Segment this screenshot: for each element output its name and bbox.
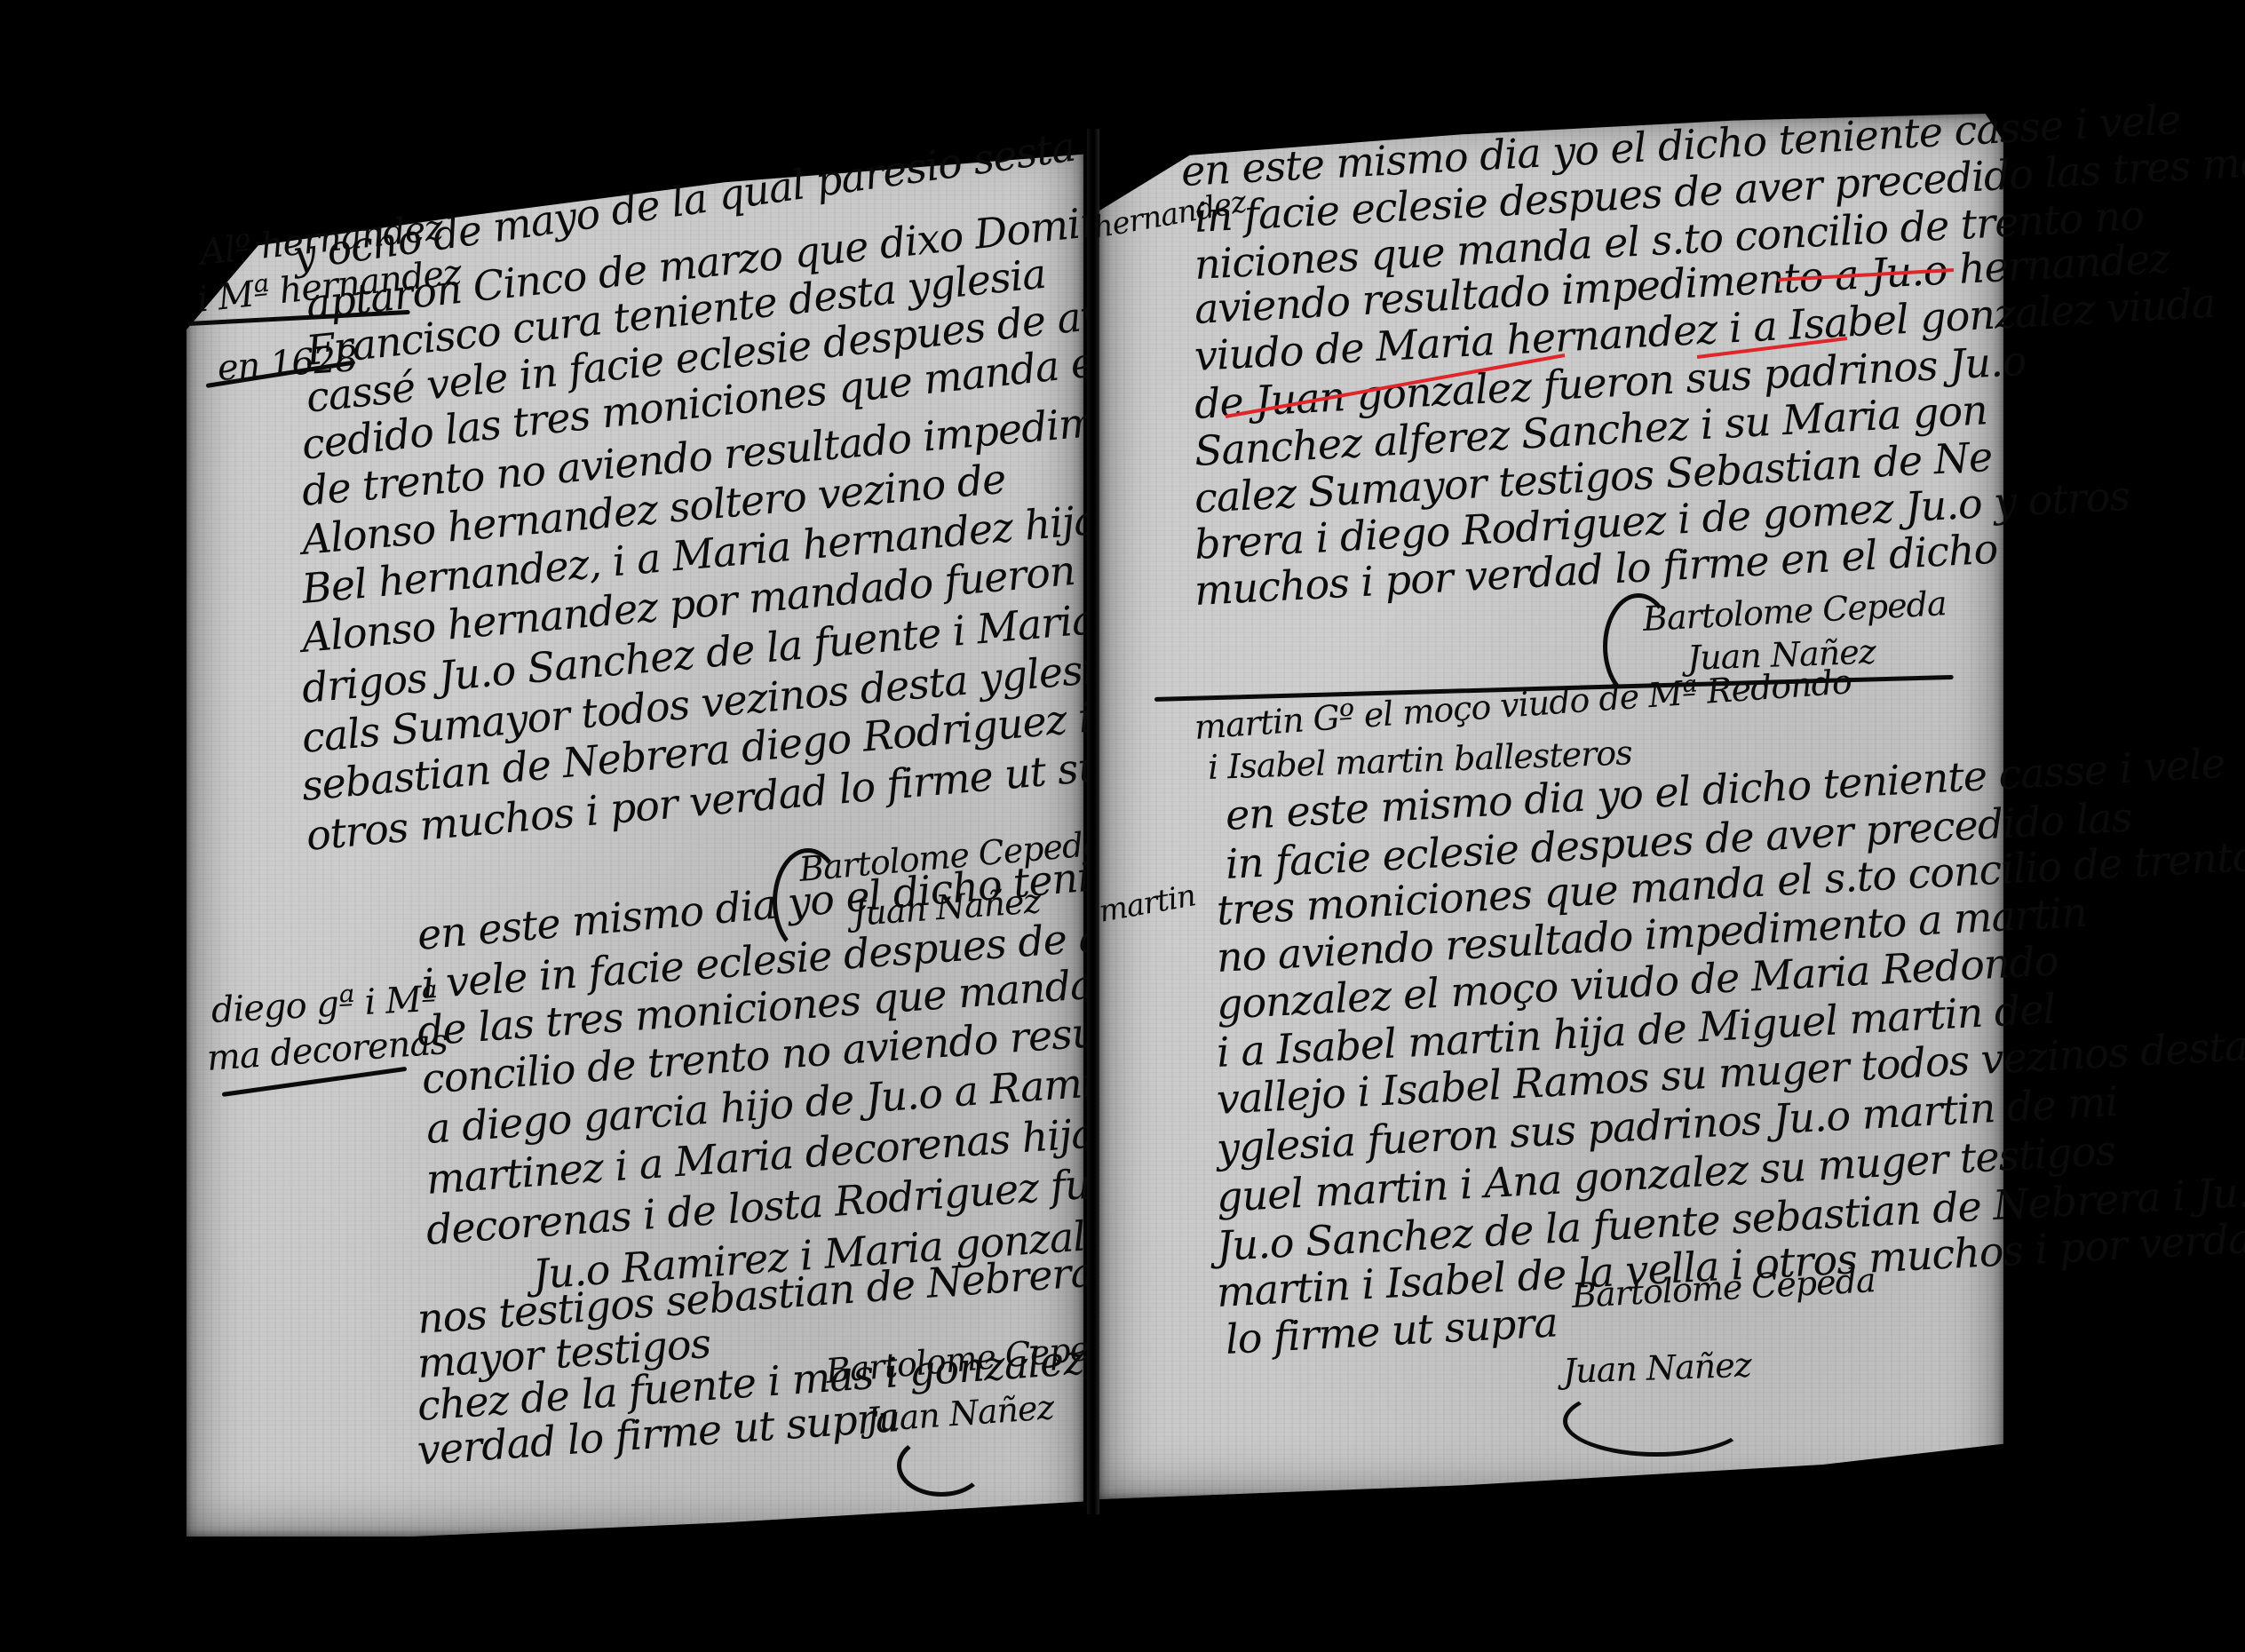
signature-flourish [897, 1434, 986, 1497]
document-viewer: Alº hernandez i Mª hernandez en 1628 die… [0, 0, 2245, 1652]
book-spine [1087, 129, 1099, 1514]
signature: Juan Nañez [1562, 1348, 1751, 1388]
signature-flourish [1563, 1386, 1749, 1457]
